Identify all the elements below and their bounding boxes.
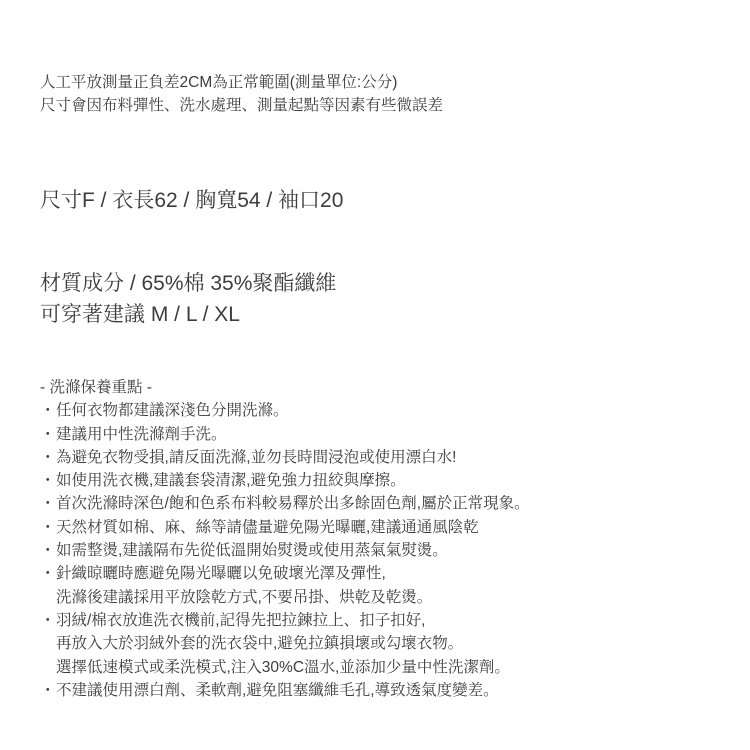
care-item-text: 洗滌後建議採用平放陰乾方式,不要吊掛、烘乾及乾燙。 xyxy=(56,589,432,606)
care-item-text: 選擇低速模式或柔洗模式,注入30%C溫水,並添加少量中性洗潔劑。 xyxy=(56,659,510,676)
care-item: ・建議用中性洗滌劑手洗。 xyxy=(40,423,722,446)
care-item: ・如使用洗衣機,建議套袋清潔,避免強力扭絞與摩擦。 xyxy=(40,469,722,492)
care-item-continuation: 再放入大於羽絨外套的洗衣袋中,避免拉鎮損壞或勾壞衣物。 xyxy=(40,632,722,655)
care-item-text: 為避免衣物受損,請反面洗滌,並勿長時間浸泡或使用漂白水! xyxy=(56,449,456,466)
wear-suggestion: 可穿著建議 M / L / XL xyxy=(40,299,722,330)
care-item-text: 任何衣物都建議深淺色分開洗滌。 xyxy=(56,402,289,419)
measurement-note-line1: 人工平放測量正負差2CM為正常範圍(測量單位:公分) xyxy=(40,71,722,94)
measurement-notes: 人工平放測量正負差2CM為正常範圍(測量單位:公分) 尺寸會因布料彈性、洗水處理… xyxy=(40,0,722,117)
care-item: ・為避免衣物受損,請反面洗滌,並勿長時間浸泡或使用漂白水! xyxy=(40,446,722,469)
bullet-dot-icon: ・ xyxy=(40,399,56,422)
care-item-text: 如需整燙,建議隔布先從低溫開始熨燙或使用蒸氣氣熨燙。 xyxy=(56,542,448,559)
care-item-text: 羽絨/棉衣放進洗衣機前,記得先把拉鍊拉上、扣子扣好, xyxy=(56,612,425,629)
material-info: 材質成分 / 65%棉 35%聚酯纖維 可穿著建議 M / L / XL xyxy=(40,268,722,330)
care-instructions: - 洗滌保養重點 - ・任何衣物都建議深淺色分開洗滌。 ・建議用中性洗滌劑手洗。… xyxy=(40,376,722,702)
care-item-text: 建議用中性洗滌劑手洗。 xyxy=(56,426,227,443)
bullet-dot-icon: ・ xyxy=(40,446,56,469)
care-item: ・任何衣物都建議深淺色分開洗滌。 xyxy=(40,399,722,422)
bullet-dot-icon: ・ xyxy=(40,492,56,515)
care-item-continuation: 選擇低速模式或柔洗模式,注入30%C溫水,並添加少量中性洗潔劑。 xyxy=(40,656,722,679)
care-item: ・不建議使用漂白劑、柔軟劑,避免阻塞纖維毛孔,導致透氣度變差。 xyxy=(40,679,722,702)
bullet-dot-icon: ・ xyxy=(40,609,56,632)
bullet-dot-icon: ・ xyxy=(40,423,56,446)
size-measurements: 尺寸F / 衣長62 / 胸寬54 / 袖口20 xyxy=(40,186,722,216)
care-item-text: 首次洗滌時深色/飽和色系布料較易釋於出多餘固色劑,屬於正常現象。 xyxy=(56,495,530,512)
care-item: ・天然材質如棉、麻、絲等請儘量避免陽光曝曬,建議通通風陰乾 xyxy=(40,516,722,539)
care-item: ・首次洗滌時深色/飽和色系布料較易釋於出多餘固色劑,屬於正常現象。 xyxy=(40,492,722,515)
care-section-title: - 洗滌保養重點 - xyxy=(40,376,722,399)
care-item: ・如需整燙,建議隔布先從低溫開始熨燙或使用蒸氣氣熨燙。 xyxy=(40,539,722,562)
product-description: 人工平放測量正負差2CM為正常範圍(測量單位:公分) 尺寸會因布料彈性、洗水處理… xyxy=(0,0,750,702)
care-item-text: 天然材質如棉、麻、絲等請儘量避免陽光曝曬,建議通通風陰乾 xyxy=(56,519,479,536)
care-item: ・針織晾曬時應避免陽光曝曬以免破壞光澤及彈性, xyxy=(40,562,722,585)
material-composition: 材質成分 / 65%棉 35%聚酯纖維 xyxy=(40,268,722,299)
bullet-dot-icon: ・ xyxy=(40,562,56,585)
care-item-text: 再放入大於羽絨外套的洗衣袋中,避免拉鎮損壞或勾壞衣物。 xyxy=(56,635,463,652)
bullet-dot-icon: ・ xyxy=(40,679,56,702)
care-item-text: 針織晾曬時應避免陽光曝曬以免破壞光澤及彈性, xyxy=(56,565,386,582)
care-item-text: 如使用洗衣機,建議套袋清潔,避免強力扭絞與摩擦。 xyxy=(56,472,406,489)
care-item: ・羽絨/棉衣放進洗衣機前,記得先把拉鍊拉上、扣子扣好, xyxy=(40,609,722,632)
measurement-note-line2: 尺寸會因布料彈性、洗水處理、測量起點等因素有些微誤差 xyxy=(40,94,722,117)
care-item-text: 不建議使用漂白劑、柔軟劑,避免阻塞纖維毛孔,導致透氣度變差。 xyxy=(56,682,499,699)
bullet-dot-icon: ・ xyxy=(40,469,56,492)
care-item-continuation: 洗滌後建議採用平放陰乾方式,不要吊掛、烘乾及乾燙。 xyxy=(40,586,722,609)
bullet-dot-icon: ・ xyxy=(40,516,56,539)
bullet-dot-icon: ・ xyxy=(40,539,56,562)
